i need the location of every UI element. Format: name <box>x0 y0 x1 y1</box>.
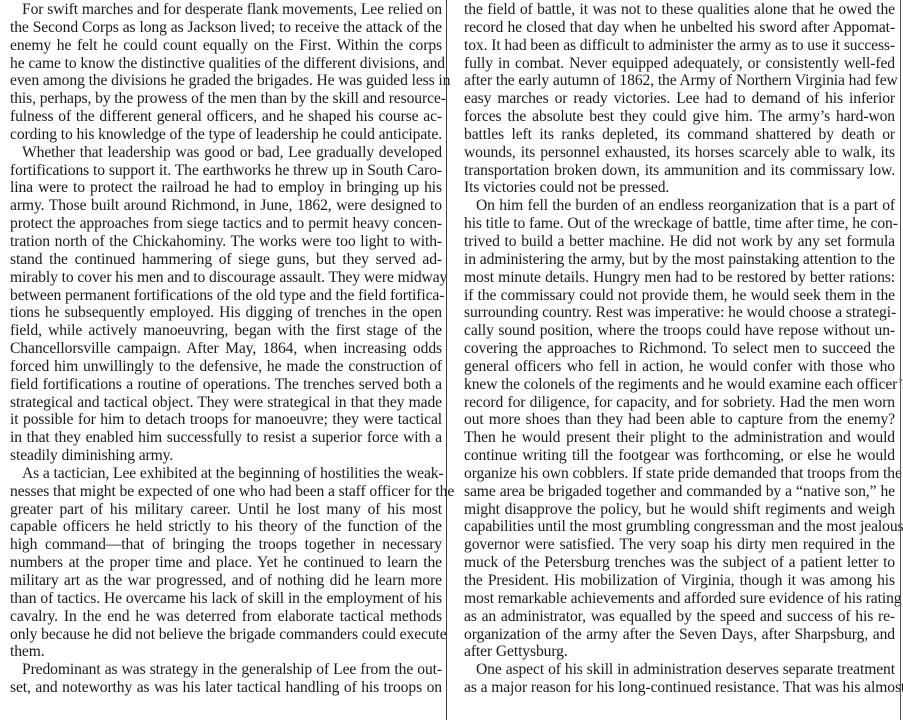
text-line: this, perhaps, by the prowess of the men… <box>10 90 442 108</box>
text-line: enemy he felt he could count equally on … <box>10 37 442 55</box>
page-edge-rule <box>900 0 901 720</box>
text-line: mirably to cover his men and to discoura… <box>10 269 442 287</box>
text-line: he came to know the distinctive qualitie… <box>10 55 442 73</box>
text-line: wounds, its personnel exhausted, its hor… <box>464 144 895 162</box>
text-line: tration north of the Chickahominy. The w… <box>10 233 442 251</box>
text-line: covering the approaches to Richmond. To … <box>464 340 895 358</box>
text-line: it possible for him to detach troops for… <box>10 411 442 429</box>
text-line: battles left its ranks depleted, its com… <box>464 126 895 144</box>
text-line: Chancellorsville campaign. After May, 18… <box>10 340 442 358</box>
text-line: as a major reason for his long-continued… <box>464 679 895 697</box>
text-line: fully in combat. Never equipped adequate… <box>464 55 895 73</box>
text-line: lina were to protect the railroad he had… <box>10 179 442 197</box>
text-line: cally sound position, where the troops c… <box>464 322 895 340</box>
text-line: between permanent fortifications of the … <box>10 287 442 305</box>
text-line: easy marches or ready victories. Lee had… <box>464 90 895 108</box>
text-line: might disapprove the policy, but he woul… <box>464 501 895 519</box>
text-line: record he closed that day when he unbelt… <box>464 19 895 37</box>
text-line: field fortifications a routine of operat… <box>10 376 442 394</box>
text-line: the field of battle, it was not to these… <box>464 1 895 19</box>
paragraph-first-line: Whether that leadership was good or bad,… <box>10 144 442 162</box>
text-line: tox. It had been as difficult to adminis… <box>464 37 895 55</box>
text-line: protect the approaches from siege tactic… <box>10 215 442 233</box>
text-line: forces the absolute best they could give… <box>464 108 895 126</box>
text-line: after the early autumn of 1862, the Army… <box>464 72 895 90</box>
paragraph-first-line: As a tactician, Lee exhibited at the beg… <box>10 465 442 483</box>
left-text-column: For swift marches and for desperate flan… <box>10 1 442 697</box>
text-line: field, while actively manoeuvring, began… <box>10 322 442 340</box>
text-line: high command—that of bringing the troops… <box>10 536 442 554</box>
text-line: steadily diminishing army. <box>10 447 442 465</box>
text-line: out more shoes than they had been able t… <box>464 411 895 429</box>
text-line: set, and noteworthy as was his later tac… <box>10 679 442 697</box>
text-line: general officers who fell in action, he … <box>464 358 895 376</box>
text-line: than of tactics. He overcame his lack of… <box>10 590 442 608</box>
text-line: organization of the army after the Seven… <box>464 626 895 644</box>
text-line: numbers at the proper time and place. Ye… <box>10 554 442 572</box>
text-line: the President. His mobilization of Virgi… <box>464 572 895 590</box>
paragraph-first-line: One aspect of his skill in administratio… <box>464 661 895 679</box>
text-line: greater part of his military career. Unt… <box>10 501 442 519</box>
text-line: muck of the Petersburg trenches was the … <box>464 554 895 572</box>
text-line: if the commissary could not provide them… <box>464 287 895 305</box>
text-line: tions he subsequently employed. His digg… <box>10 304 442 322</box>
text-line: the Second Corps as long as Jackson live… <box>10 19 442 37</box>
text-line: after Gettysburg. <box>464 643 895 661</box>
text-line: governor were satisfied. The very soap h… <box>464 536 895 554</box>
text-line: surrounding country. Rest was imperative… <box>464 304 895 322</box>
text-line: stand the continued hammering of siege g… <box>10 251 442 269</box>
document-page: For swift marches and for desperate flan… <box>0 0 903 720</box>
text-line: most remarkable achievements and afforde… <box>464 590 895 608</box>
text-line: them. <box>10 643 442 661</box>
text-line: forced him unwillingly to the defensive,… <box>10 358 442 376</box>
text-line: only because he did not believe the brig… <box>10 626 442 644</box>
text-line: strategical and tactical object. They we… <box>10 394 442 412</box>
text-line: cording to his knowledge of the type of … <box>10 126 442 144</box>
column-divider <box>446 0 447 720</box>
paragraph-first-line: On him fell the burden of an endless reo… <box>464 197 895 215</box>
text-line: capabilities until the most grumbling co… <box>464 518 895 536</box>
right-text-column: the field of battle, it was not to these… <box>464 1 895 697</box>
text-line: in that they enabled him successfully to… <box>10 429 442 447</box>
text-line: in administering the army, but by the mo… <box>464 251 895 269</box>
text-line: his title to fame. Out of the wreckage o… <box>464 215 895 233</box>
text-line: army. Those built around Richmond, in Ju… <box>10 197 442 215</box>
text-line: Its victories could not be pressed. <box>464 179 895 197</box>
text-line: fortifications to support it. The earthw… <box>10 162 442 180</box>
text-line: nesses that might be expected of one who… <box>10 483 442 501</box>
text-line: knew the colonels of the regiments and h… <box>464 376 895 394</box>
text-line: capable officers he held strictly to his… <box>10 518 442 536</box>
text-line: fulness of the different general officer… <box>10 108 442 126</box>
text-line: continue writing till the footgear was f… <box>464 447 895 465</box>
text-line: even among the divisions he graded the b… <box>10 72 442 90</box>
text-line: Then he would present their plight to th… <box>464 429 895 447</box>
text-line: organize his own cobblers. If state prid… <box>464 465 895 483</box>
text-line: cavalry. In the end he was deterred from… <box>10 608 442 626</box>
text-line: trived to build a better machine. He did… <box>464 233 895 251</box>
text-line: most minute details. Hungry men had to b… <box>464 269 895 287</box>
paragraph-first-line: For swift marches and for desperate flan… <box>10 1 442 19</box>
text-line: same area be brigaded together and comma… <box>464 483 895 501</box>
text-line: military art as the war progressed, and … <box>10 572 442 590</box>
text-line: transportation broken down, its ammuniti… <box>464 162 895 180</box>
text-line: record for diligence, for capacity, and … <box>464 394 895 412</box>
paragraph-first-line: Predominant as was strategy in the gener… <box>10 661 442 679</box>
text-line: as an administrator, was equalled by the… <box>464 608 895 626</box>
